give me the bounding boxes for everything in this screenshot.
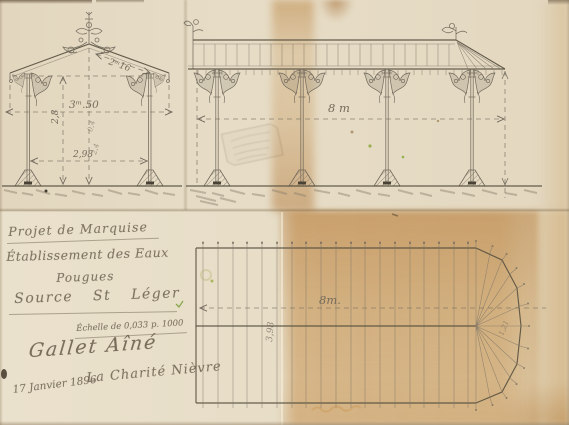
cresting-ornament [184,20,203,40]
title-source: Source St Léger [14,285,180,307]
paper-sheet-bottom [0,211,569,425]
dim-plan-width: 3,98 [265,321,277,342]
stain-blob-top [318,0,354,22]
place: La Charité Nièvre [86,359,222,386]
paper-edge-shadow [96,0,144,3]
sheet-edge [184,0,187,210]
dim-gable-mid-lower: 2,4 [90,143,101,157]
title-location: Pougues [56,269,115,285]
green-check-mark [176,301,183,307]
paper-marks [1,120,439,412]
paper-edge-shadow [0,0,3,425]
underline [7,238,159,244]
title-establishment: Établissement des Eaux [6,245,169,264]
hip-finial-ornament [442,23,467,40]
fold-stain [272,0,314,211]
dim-gable-base: 2,98 [72,150,93,160]
paper-edge-shadow [548,0,569,5]
faint-ochre-inscription [312,406,361,412]
paper-edge-shadow [0,0,92,4]
paper-tear [1,369,7,379]
title-project: Projet de Marquise [8,219,148,239]
pencil-linework: 2ᵐ16 3ᵐ.50 2,8 0,4 2,4 2,98 [0,0,569,425]
green-speck [211,280,214,283]
side-columns [194,69,495,186]
underline [75,332,187,339]
rafter-end-dots [475,240,530,411]
dim-plan-hip: 1,21 [497,319,510,336]
scanned-drawing-sheet: 2ᵐ16 3ᵐ.50 2,8 0,4 2,4 2,98 [0,0,569,425]
gable-elevation-view: 2ᵐ16 3ᵐ.50 2,8 0,4 2,4 2,98 [2,12,182,196]
paper-edge-shadow [0,421,569,425]
plan-view: 8m. 3,98 1,21 [196,240,546,411]
stain-corner [500,383,569,425]
green-speck [402,156,405,159]
dim-plan-length: 8m. [319,293,341,307]
sheet-seam [0,208,569,212]
signature: Gallet Aîné [28,331,159,362]
stain-right-top [538,0,569,211]
stain-right-bottom [532,211,569,425]
fold-crease [281,212,283,425]
dim-side-length: 8 m [328,101,350,115]
gable-finial-ornament [63,12,115,53]
paper-sheet-top [0,0,569,211]
faint-stamp [221,123,283,167]
side-elevation-view: 8 m [184,20,542,205]
stain-bottom-large [280,211,538,425]
dim-gable-width: 3ᵐ.50 [69,99,99,111]
green-speck [368,144,371,147]
date: 17 Janvier 1896 [12,374,97,396]
dim-gable-height: 2,8 [51,109,61,125]
stain-bottom-fade [280,211,538,425]
dim-gable-slope: 2ᵐ16 [106,57,132,74]
underline [9,311,177,315]
dim-gable-mid-upper: 0,4 [86,120,97,133]
scale-note: Échelle de 0,033 p. 1000 [76,318,184,334]
